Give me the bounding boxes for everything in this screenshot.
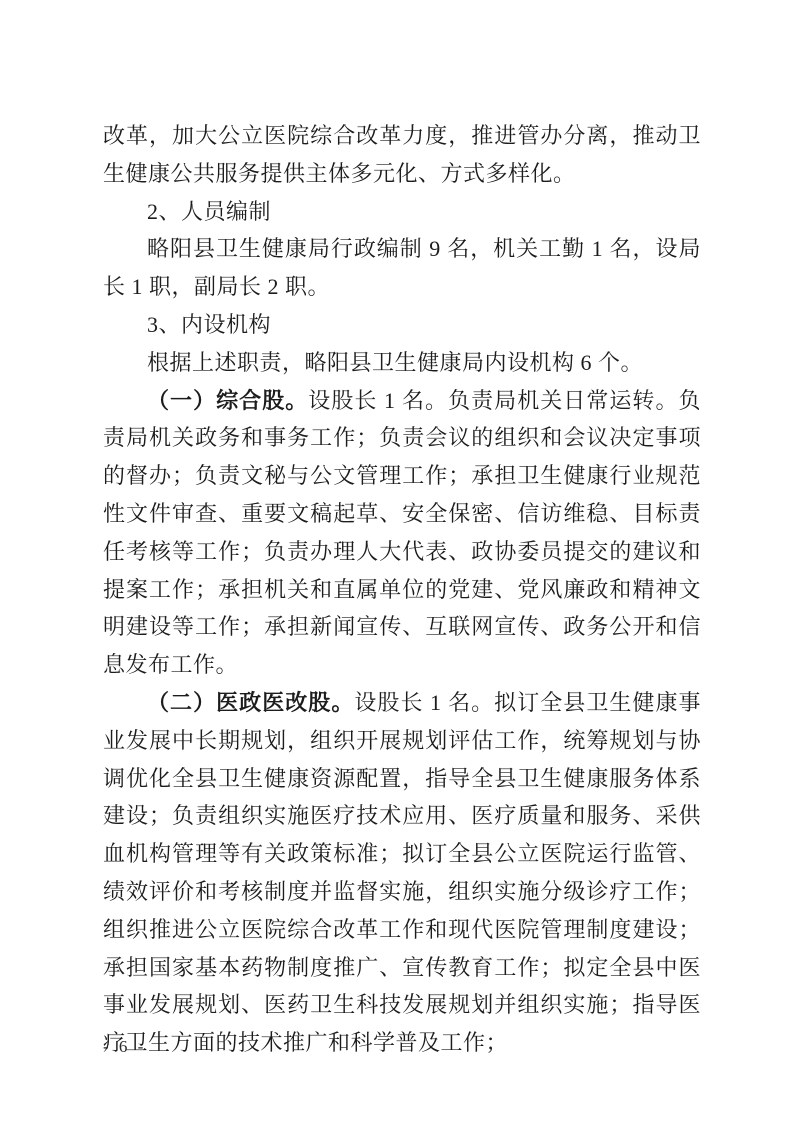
paragraph-staffing-detail: 略阳县卫生健康局行政编制 9 名，机关工勤 1 名，设局长 1 职，副局长 2 … xyxy=(103,230,701,306)
paragraph-heading-staffing: 2、人员编制 xyxy=(103,193,701,231)
paragraph-text: 2、人员编制 xyxy=(147,199,271,224)
paragraph-continuation: 改革，加大公立医院综合改革力度，推进管办分离，推动卫生健康公共服务提供主体多元化… xyxy=(103,117,701,193)
document-body: 改革，加大公立医院综合改革力度，推进管办分离，推动卫生健康公共服务提供主体多元化… xyxy=(103,117,701,1062)
paragraph-text: 设股长 1 名。负责局机关日常运转。负责局机关政务和事务工作；负责会议的组织和会… xyxy=(103,388,701,678)
paragraph-section-zonghegu: （一）综合股。设股长 1 名。负责局机关日常运转。负责局机关政务和事务工作；负责… xyxy=(103,382,701,684)
section-heading-zonghegu: （一）综合股。 xyxy=(147,388,308,413)
paragraph-text: 设股长 1 名。拟订全县卫生健康事业发展中长期规划，组织开展规划评估工作，统筹规… xyxy=(103,690,701,1055)
document-page: 改革，加大公立医院综合改革力度，推进管办分离，推动卫生健康公共服务提供主体多元化… xyxy=(0,0,793,1122)
paragraph-text: 根据上述职责，略阳县卫生健康局内设机构 6 个。 xyxy=(147,350,643,375)
paragraph-text: 略阳县卫生健康局行政编制 9 名，机关工勤 1 名，设局长 1 职，副局长 2 … xyxy=(103,236,701,299)
paragraph-text: 3、内设机构 xyxy=(147,312,271,337)
paragraph-heading-internal-orgs: 3、内设机构 xyxy=(103,306,701,344)
page-number: - 6 - xyxy=(103,1037,146,1057)
paragraph-text: 改革，加大公立医院综合改革力度，推进管办分离，推动卫生健康公共服务提供主体多元化… xyxy=(103,123,701,186)
section-heading-yizhengyigaigu: （二）医政医改股。 xyxy=(147,690,354,715)
paragraph-section-yizhengyigaigu: （二）医政医改股。设股长 1 名。拟订全县卫生健康事业发展中长期规划，组织开展规… xyxy=(103,684,701,1062)
paragraph-internal-orgs-intro: 根据上述职责，略阳县卫生健康局内设机构 6 个。 xyxy=(103,344,701,382)
